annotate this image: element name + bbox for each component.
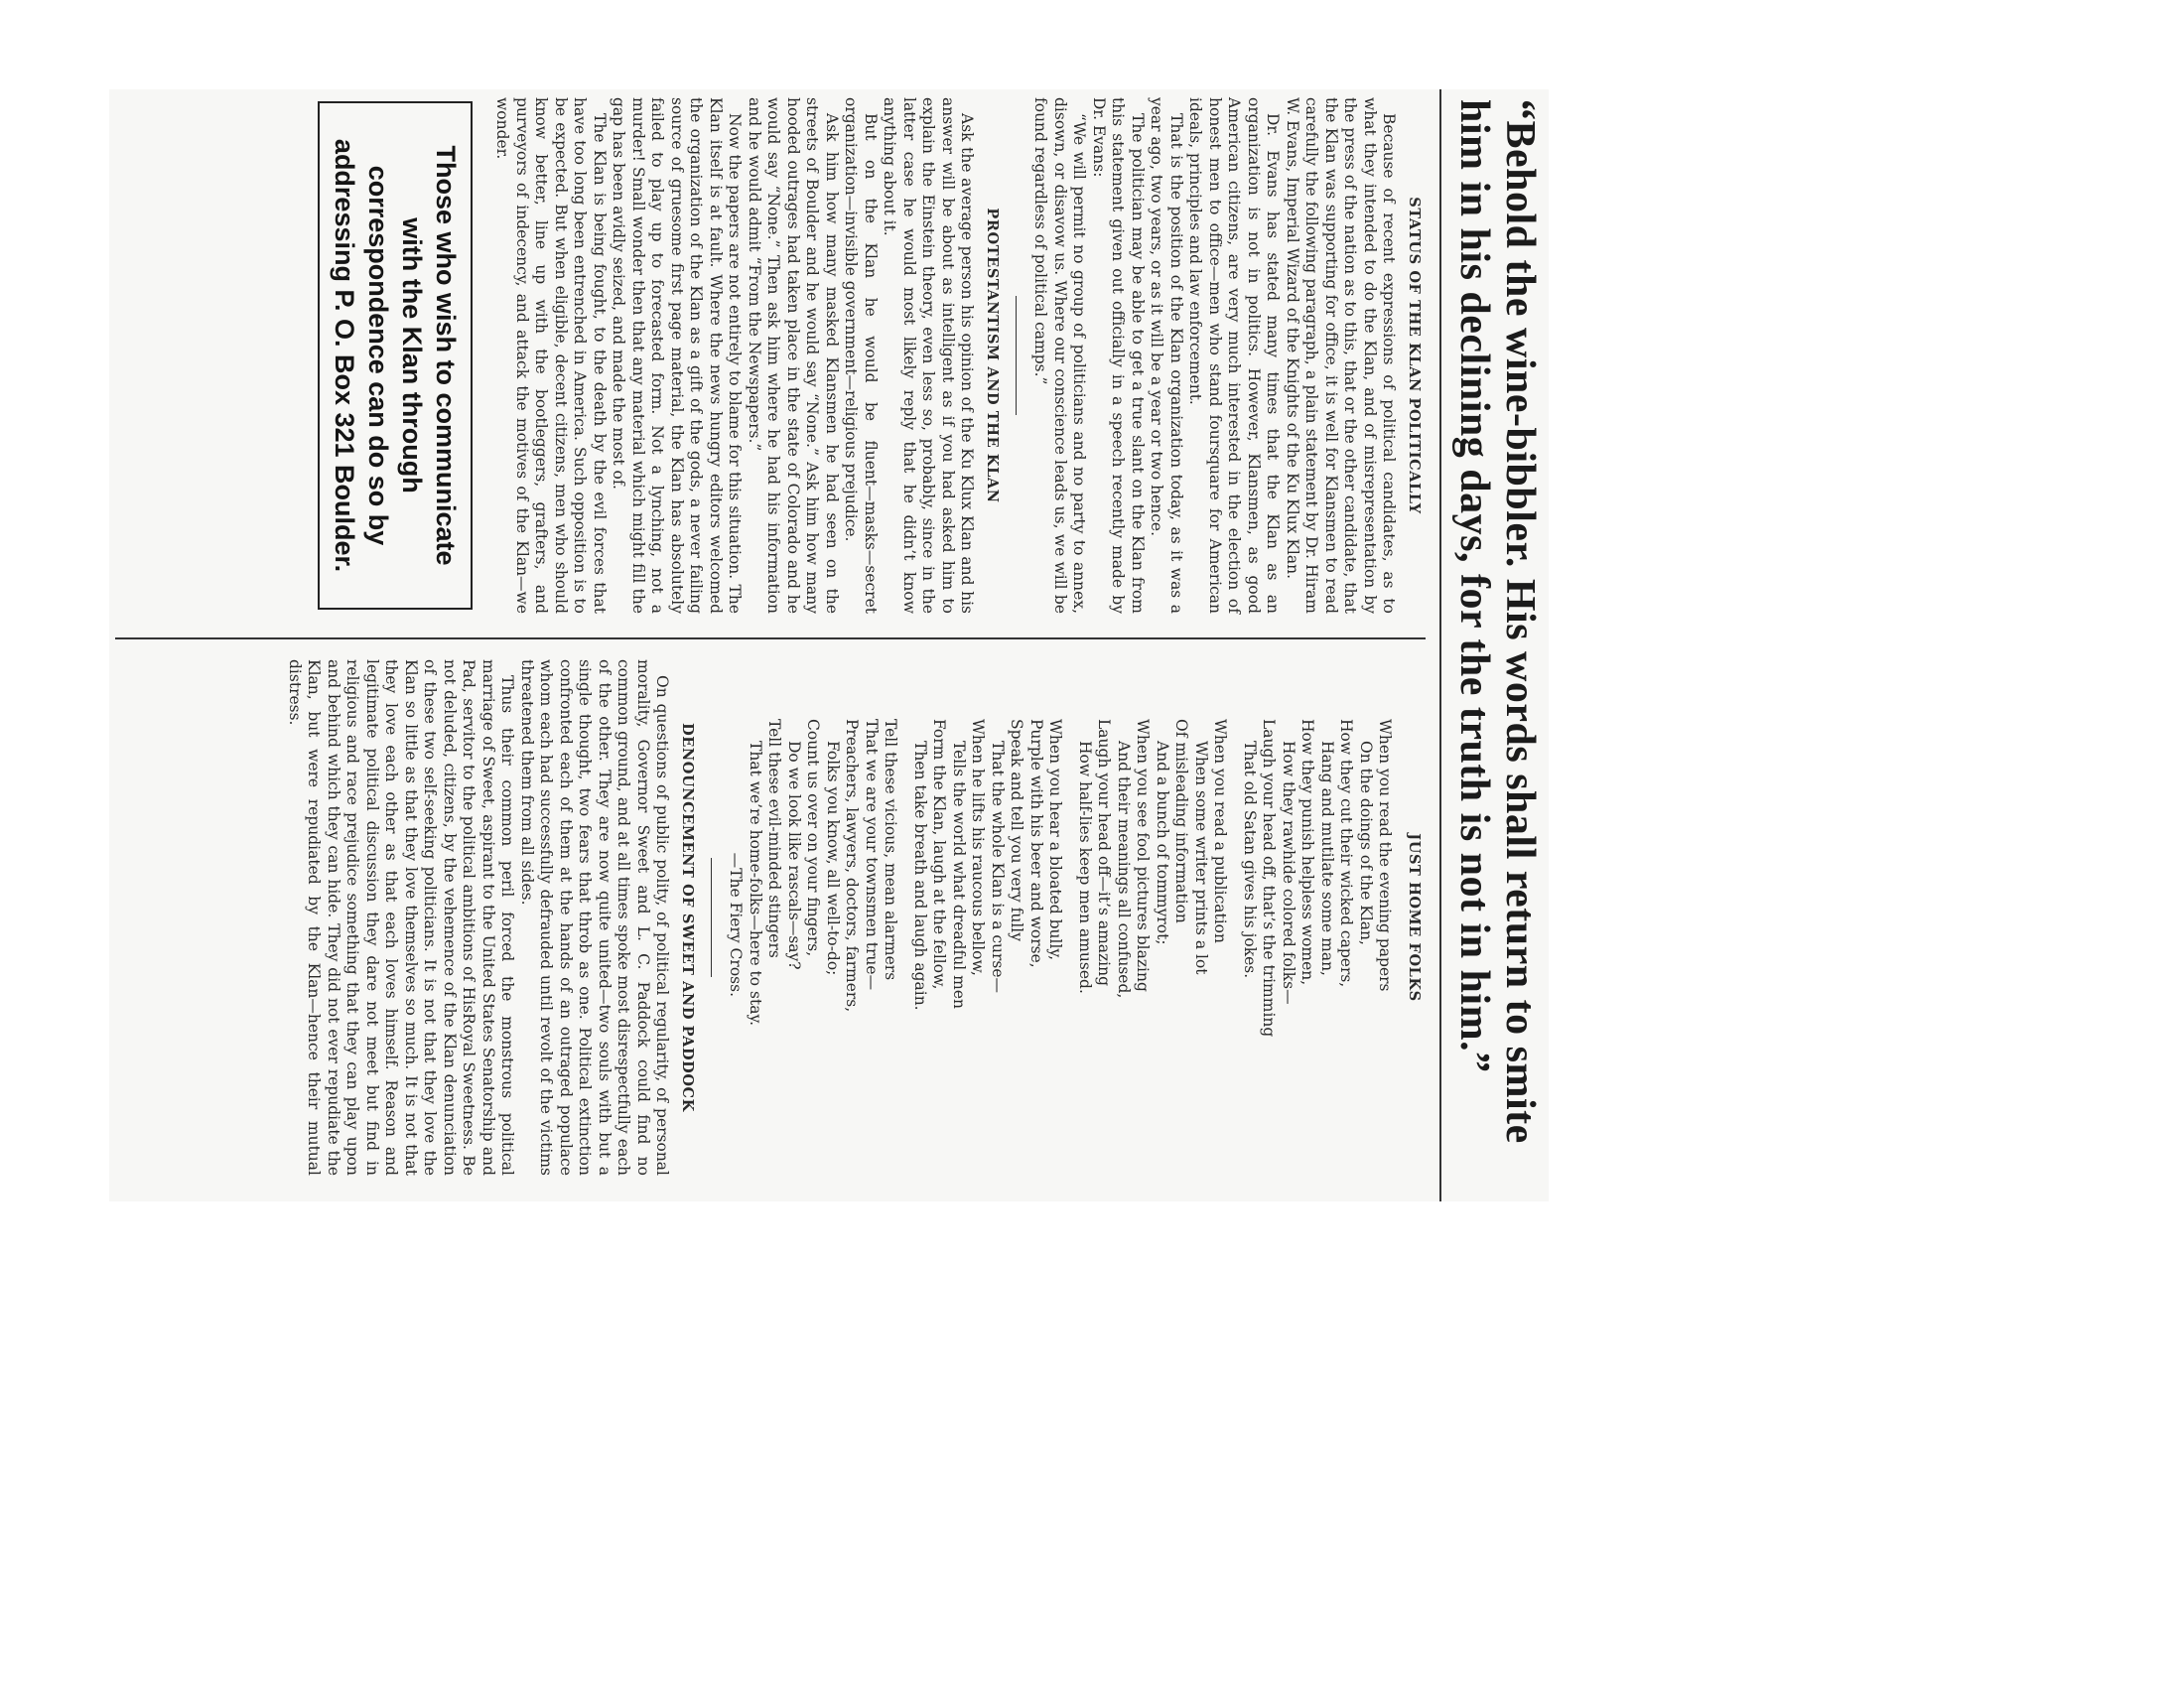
poem-line: Preachers, lawyers, doctors, farmers, [842,719,862,1176]
notice-box: Those who wish to communicate with the K… [318,101,473,610]
poem-line: That we’re home-folks—here to stay. [746,719,765,1176]
newspaper-clipping: “Behold the wine-bibbler. His words shal… [109,89,1549,1201]
protestantism-paragraph: Ask him how many masked Klansmen he had … [745,97,842,614]
protestantism-paragraph: Ask the average person his opinion of th… [880,97,977,614]
protestantism-paragraph: But on the Klan he would be fluent—masks… [841,97,880,614]
poem-line: Tell these evil-minded stingers [764,719,784,1176]
poem-line: Speak and tell you very fully [1007,719,1026,1176]
status-paragraph: The politician may be able to get a true… [1089,97,1148,614]
poem-line: Tell these vicious, mean alarmers [881,719,900,1176]
scanned-page: “Behold the wine-bibbler. His words shal… [0,0,1549,1201]
status-paragraph: Dr. Evans has stated many times that the… [1185,97,1283,614]
poem-line: Laugh your head off, that’s the trimming [1259,719,1279,1176]
poem-stanza: When you read the evening papers On the … [1240,719,1395,1176]
poem-line: That we are your townsmen true— [862,719,882,1176]
status-heading: STATUS OF THE KLAN POLITICALLY [1405,97,1425,614]
protestantism-paragraph: Now the papers are not entirely to blame… [609,97,745,614]
poem-line: Purple with his beer and worse, [1026,719,1046,1176]
poem-line: How they rawhide colored folks— [1279,719,1298,1176]
poem-line: Then take breath and laugh again. [910,719,930,1176]
poem-heading: JUST HOME FOLKS [1405,659,1425,1176]
column-status-protestantism: STATUS OF THE KLAN POLITICALLY Because o… [318,97,1432,614]
poem-line: When some writer prints a lot [1191,719,1211,1176]
poem-line: Of misleading information [1171,719,1191,1176]
poem-line: When you see fool pictures blazing [1133,719,1153,1176]
poem-line: Hang and mutilate some man, [1317,719,1337,1176]
status-paragraph: That is the position of the Klan organiz… [1147,97,1185,614]
poem-line: Form the Klan, laugh at the fellow, [929,719,949,1176]
protestantism-paragraph: The Klan is being fought, to the death b… [492,97,609,614]
headline-quote: “Behold the wine-bibbler. His words shal… [1451,99,1543,1192]
poem-line: How they punish helpless women, [1297,719,1317,1176]
poem-line: And a bunch of tommyrot; [1153,719,1172,1176]
poem-line: When he lifts his raucous bellow, [968,719,988,1176]
columns: STATUS OF THE KLAN POLITICALLY Because o… [111,89,1432,1201]
poem-line: Count us over on your fingers, [803,719,823,1176]
poem-line: And their meanings all confused, [1114,719,1134,1176]
protestantism-heading: PROTESTANTISM AND THE KLAN [983,97,1003,614]
rotated-content: “Behold the wine-bibbler. His words shal… [109,89,1549,1201]
poem-line: How they cut their wicked capers, [1336,719,1356,1176]
poem-line: Do we look like rascals—say? [784,719,804,1176]
denouncement-paragraph: On questions of public polity, of politi… [517,659,672,1176]
poem-line: When you hear a bloated bully, [1045,719,1065,1176]
column-divider [115,637,1426,639]
column-poem-denouncement: JUST HOME FOLKS When you read the evenin… [285,659,1433,1176]
poem-stanza: When you hear a bloated bully, Purple wi… [910,719,1065,1176]
poem-line: On the doings of the Klan, [1356,719,1376,1176]
poem-stanza: When you read a publication When some wr… [1075,719,1230,1176]
headline-rule [1439,89,1441,1201]
poem-line: That old Satan gives his jokes. [1240,719,1260,1176]
poem-line: Laugh your head off—it’s amazing [1094,719,1114,1176]
poem: When you read the evening papers On the … [726,659,1395,1176]
poem-line: When you read a publication [1210,719,1230,1176]
poem-attribution: —The Fiery Cross. [726,659,746,1176]
poem-line: Folks you know, all well-to-do; [823,719,843,1176]
denouncement-heading: DENOUNCEMENT OF SWEET AND PADDOCK [678,659,698,1176]
status-paragraph: Because of recent expressions of politic… [1283,97,1399,614]
poem-line: How half-lies keep men amused. [1075,719,1095,1176]
poem-line: Tells the world what dreadful men [949,719,969,1176]
status-quote: “We will permit no group of politicians … [1030,97,1089,614]
section-separator [711,858,712,977]
poem-line: That the whole Klan is a curse— [988,719,1008,1176]
poem-stanza: Tell these vicious, mean alarmers That w… [746,719,900,1176]
section-separator [1016,296,1017,415]
poem-line: When you read the evening papers [1375,719,1395,1176]
denouncement-paragraph: Thus their common peril forced the monst… [285,659,517,1176]
